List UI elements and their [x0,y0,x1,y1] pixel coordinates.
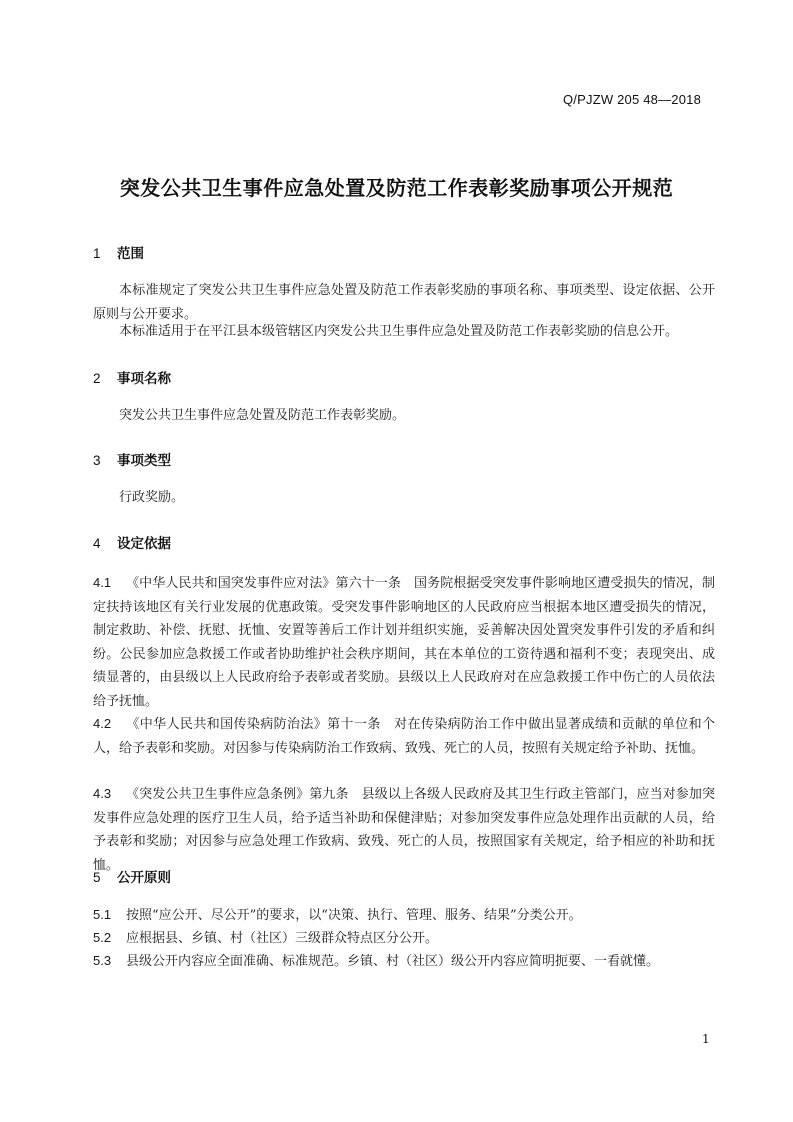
section-number: 1 [93,246,117,261]
clause-text: 《中华人民共和国突发事件应对法》第六十一条 国务院根据受突发事件影响地区遭受损失… [93,576,715,709]
clause-number: 5.2 [93,926,126,950]
clause-5-1: 5.1按照“应公开、尽公开”的要求，以“决策、执行、管理、服务、结果”分类公开。 [93,903,715,928]
section-title: 公开原则 [117,870,171,886]
clause-text: 应根据县、乡镇、村（社区）三级群众特点区分公开。 [126,931,438,946]
section-4-heading: 4设定依据 [93,532,171,552]
section-3-paragraph: 行政奖励。 [93,486,715,510]
clause-4-2: 4.2《中华人民共和国传染病防治法》第十一条 对在传染病防治工作中做出显著成绩和… [93,712,715,760]
section-number: 4 [93,536,117,551]
standard-number: Q/PJZW 205 48—2018 [563,92,701,107]
clause-4-1: 4.1《中华人民共和国突发事件应对法》第六十一条 国务院根据受突发事件影响地区遭… [93,571,715,713]
clause-number: 4.1 [93,571,126,595]
section-title: 范围 [117,246,144,262]
section-1-paragraph-2: 本标准适用于在平江县本级管辖区内突发公共卫生事件应急处置及防范工作表彰奖励的信息… [93,320,715,344]
document-page: Q/PJZW 205 48—2018 突发公共卫生事件应急处置及防范工作表彰奖励… [0,0,793,1122]
section-number: 3 [93,453,117,468]
section-3-heading: 3事项类型 [93,449,171,469]
clause-number: 4.3 [93,782,126,806]
document-title: 突发公共卫生事件应急处置及防范工作表彰奖励事项公开规范 [0,172,793,201]
section-title: 事项类型 [117,453,171,469]
section-1-heading: 1范围 [93,242,144,262]
clause-number: 5.3 [93,949,126,973]
clause-text: 《中华人民共和国传染病防治法》第十一条 对在传染病防治工作中做出显著成绩和贡献的… [93,717,715,756]
page-number: 1 [702,1032,710,1046]
section-5-heading: 5公开原则 [93,866,171,886]
section-title: 事项名称 [117,371,171,387]
section-1-paragraph-1: 本标准规定了突发公共卫生事件应急处置及防范工作表彰奖励的事项名称、事项类型、设定… [93,279,715,326]
clause-number: 5.1 [93,903,126,927]
clause-5-3: 5.3县级公开内容应全面准确、标准规范。乡镇、村（社区）级公开内容应简明扼要、一… [93,949,715,974]
section-number: 5 [93,870,117,885]
section-2-paragraph: 突发公共卫生事件应急处置及防范工作表彰奖励。 [93,404,715,428]
clause-5-2: 5.2应根据县、乡镇、村（社区）三级群众特点区分公开。 [93,926,715,951]
clause-number: 4.2 [93,712,126,736]
section-number: 2 [93,371,117,386]
section-title: 设定依据 [117,536,171,552]
clause-text: 县级公开内容应全面准确、标准规范。乡镇、村（社区）级公开内容应简明扼要、一看就懂… [126,954,659,969]
clause-text: 按照“应公开、尽公开”的要求，以“决策、执行、管理、服务、结果”分类公开。 [126,908,582,923]
clause-text: 《突发公共卫生事件应急条例》第九条 县级以上各级人民政府及其卫生行政主管部门，应… [93,787,715,873]
clause-4-3: 4.3《突发公共卫生事件应急条例》第九条 县级以上各级人民政府及其卫生行政主管部… [93,782,715,877]
section-2-heading: 2事项名称 [93,367,171,387]
